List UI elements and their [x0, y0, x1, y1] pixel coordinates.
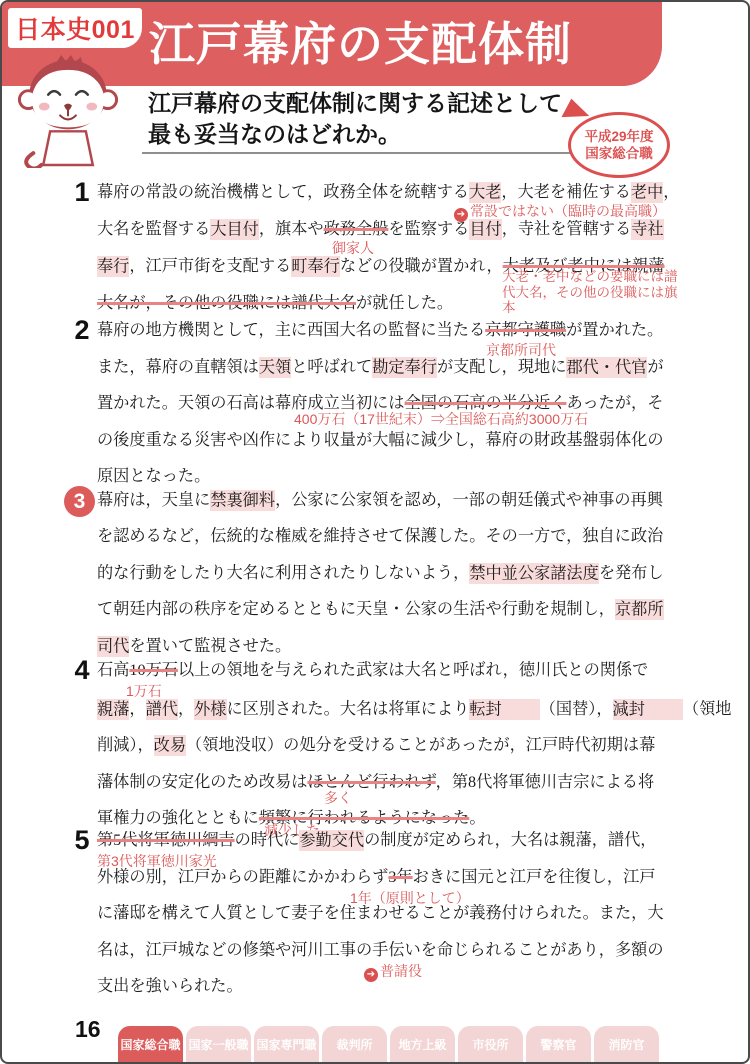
- item2-line1: 幕府の地方機関として，主に西国大名の監督に当たる京都守護職が置かれた。: [97, 320, 663, 341]
- highlighted-term: 町奉行: [291, 256, 340, 277]
- body-text: の制度が定められ，大名は親藩，譜代，: [364, 831, 656, 849]
- body-text: 的な行動をしたり大名に利用されたりしないよう，: [97, 564, 469, 582]
- highlighted-term: 大目付: [210, 219, 259, 240]
- struck-text: 第5代将軍徳川綱吉: [97, 831, 235, 849]
- struck-text: 10万石: [129, 661, 178, 679]
- correction-annotation: ➔常設ではない（臨時の最高職）: [454, 203, 666, 222]
- correction-annotation: 御家人: [332, 240, 374, 256]
- textbook-page: 日本史001 江戸幕府の支配体制 江戸幕府の支配体制に関する記述として 最も妥当…: [0, 0, 750, 1064]
- body-text: ，旗本や: [259, 220, 324, 238]
- exam-category-tabs: 国家総合職国家一般職国家専門職裁判所地方上級市役所警察官消防官: [118, 1026, 659, 1062]
- body-text: ，大老を補佐する: [501, 183, 631, 201]
- body-text: が: [647, 358, 663, 376]
- footer-tab-3[interactable]: 国家専門職: [254, 1026, 319, 1062]
- arrow-circle-icon: ➔: [454, 208, 468, 222]
- body-text: 幕府は，天皇に: [97, 491, 210, 509]
- struck-text: ほとんど行われず: [307, 773, 435, 791]
- body-text: （領地: [683, 700, 732, 718]
- struck-text: 京都守護職: [485, 321, 566, 339]
- highlighted-term: 司代: [97, 636, 129, 657]
- item2-line2: また，幕府の直轄領は天領と呼ばれて勘定奉行が支配し，現地に郡代・代官が: [97, 357, 664, 378]
- body-text: 幕府の地方機関として，主に西国大名の監督に当たる: [97, 321, 485, 339]
- highlighted-term: 老中: [631, 182, 663, 203]
- item2-line5: 原因となった。: [97, 466, 210, 487]
- item4-line2: 親藩，譜代，外様に区別された。大名は将軍により転封てんぽう（国替），減封げんぽう…: [97, 699, 732, 720]
- item-number-3-correct-answer: 3: [64, 486, 95, 517]
- question-underline: [142, 152, 590, 154]
- correction-annotation: 大老・老中などの要職には譜代大名，その他の役職には旗本: [502, 269, 680, 316]
- struck-text: 政務全般: [324, 220, 389, 238]
- question-text: 江戸幕府の支配体制に関する記述として 最も妥当なのはどれか。: [148, 88, 562, 150]
- highlighted-term: 奉行: [97, 256, 129, 277]
- item-number-2: 2: [66, 317, 98, 344]
- body-text: を認めるなど，伝統的な権威を維持させて保護した。その一方で，独自に政治: [97, 527, 663, 545]
- body-text: などの役職が置かれ，: [340, 257, 503, 275]
- item3-line4: て朝廷内部の秩序を定めるとともに天皇・公家の生活や行動を規制し，京都所: [97, 599, 664, 620]
- question-line-1: 江戸幕府の支配体制に関する記述として: [148, 88, 562, 119]
- item1-line4: 大名が，その他の役職には譜代大名が就任した。: [97, 293, 453, 314]
- item3-line1: 幕府は，天皇に禁裏御料，公家に公家領を認め，一部の朝廷儀式や神事の再興: [97, 490, 663, 511]
- highlighted-term: 親藩: [97, 699, 129, 720]
- body-text: を発布し: [599, 564, 664, 582]
- body-text: に区別された。大名は将軍により: [227, 700, 470, 718]
- item5-line1: 第5代将軍徳川綱吉の時代に参勤交代の制度が定められ，大名は親藩，譜代，: [97, 830, 656, 851]
- body-text: ，寺社を管轄する: [502, 220, 632, 238]
- page-number: 16: [75, 1016, 101, 1043]
- struck-text: 大名が，その他の役職には譜代大名: [97, 294, 356, 312]
- body-text: 以上の領地を与えられた武家は大名と呼ばれ，徳川氏との関係で: [178, 661, 648, 679]
- body-text: （国替），: [540, 700, 613, 718]
- highlighted-term: 勘定奉行: [372, 357, 437, 378]
- item4-line1: 石高10万石以上の領地を与えられた武家は大名と呼ばれ，徳川氏との関係で: [97, 660, 648, 681]
- highlighted-term: 外様: [194, 699, 226, 720]
- correction-annotation: ➔普請役: [364, 963, 422, 982]
- highlighted-term: 転封てんぽう: [469, 699, 539, 720]
- footer-tab-8[interactable]: 消防官: [594, 1026, 659, 1062]
- body-text: おきに国元と江戸を往復し，江戸: [413, 868, 656, 886]
- lesson-number-badge: 日本史001: [8, 8, 142, 48]
- highlighted-term: 譜代: [146, 699, 178, 720]
- item-number-4: 4: [66, 657, 98, 684]
- highlighted-term: 禁中並公家諸法度: [469, 563, 599, 584]
- body-text: の時代に: [235, 831, 300, 849]
- body-text: ，江戸市街を支配する: [129, 257, 291, 275]
- body-text: 名は，江戸城などの修築や河川工事の手伝いを命じられることがあり，多額の: [97, 941, 664, 959]
- footer-tab-7[interactable]: 警察官: [526, 1026, 591, 1062]
- item-number-1: 1: [66, 179, 98, 206]
- body-text: 削減），: [97, 736, 154, 754]
- body-text: を監察する: [388, 220, 469, 238]
- body-text: に藩邸を構えて人質として妻子を住まわせることが義務付けられた。また，大: [97, 904, 664, 922]
- struck-text: 全国の石高の半分近く: [405, 394, 567, 412]
- footer-tab-6[interactable]: 市役所: [458, 1026, 523, 1062]
- body-text: ，公家に公家領を認め，一部の朝廷儀式や神事の再興: [275, 491, 663, 509]
- item1-line1: 幕府の常設の統治機構として，政務全体を統轄する大老，大老を補佐する老中，: [97, 182, 679, 203]
- body-text: を置いて監視させた。: [129, 637, 291, 655]
- footer-tab-2[interactable]: 国家一般職: [186, 1026, 251, 1062]
- body-text: の後度重なる災害や凶作により収量が大幅に減少し，幕府の財政基盤弱体化の: [97, 431, 664, 449]
- body-text: ，第8代将軍徳川吉宗による将: [436, 773, 655, 791]
- highlighted-term: 禁裏御料: [210, 490, 275, 511]
- footer-tab-4[interactable]: 裁判所: [322, 1026, 387, 1062]
- body-text: 支出を強いられた。: [97, 977, 243, 995]
- exam-category: 国家総合職: [585, 145, 653, 162]
- correction-annotation: 第3代将軍徳川家光: [97, 853, 217, 869]
- item1-line2: 大名を監督する大目付，旗本や政務全般を監察する目付，寺社を管轄する寺社: [97, 219, 664, 240]
- body-text: 。: [469, 809, 485, 827]
- highlighted-term: 京都所: [615, 599, 664, 620]
- item5-line5: 支出を強いられた。: [97, 976, 243, 997]
- footer-tab-5[interactable]: 地方上級: [390, 1026, 455, 1062]
- correction-annotation: 1年（原則として）: [350, 890, 470, 906]
- body-text: ，: [663, 183, 679, 201]
- item3-line2: を認めるなど，伝統的な権威を維持させて保護した。その一方で，独自に政治: [97, 526, 663, 547]
- item3-line5: 司代を置いて監視させた。: [97, 636, 291, 657]
- correction-annotation: 京都所司代: [486, 342, 556, 358]
- body-text: ，: [178, 700, 194, 718]
- highlighted-term: 郡代・代官: [566, 357, 647, 378]
- arrow-circle-icon: ➔: [364, 968, 378, 982]
- body-text: 大名を監督する: [97, 220, 210, 238]
- item5-line2: 外様の別，江戸からの距離にかかわらず3年おきに国元と江戸を往復し，江戸: [97, 867, 655, 888]
- body-text: また，幕府の直轄領は: [97, 358, 259, 376]
- highlighted-term: 天領: [259, 357, 291, 378]
- highlighted-term: 大老: [469, 182, 501, 203]
- correction-annotation: 1万石: [126, 683, 162, 699]
- body-text: が支配し，現地に: [437, 358, 567, 376]
- item-number-5: 5: [66, 827, 98, 854]
- body-text: 幕府の常設の統治機構として，政務全体を統轄する: [97, 183, 469, 201]
- highlighted-term: 参勤交代: [299, 830, 364, 851]
- body-text: が就任した。: [356, 294, 453, 312]
- struck-text: 3年: [388, 868, 412, 886]
- body-text: あったが，そ: [566, 394, 663, 412]
- body-text: 藩体制の安定化のため改易は: [97, 773, 307, 791]
- body-text: 石高: [97, 661, 129, 679]
- correction-annotation: 400万石（17世紀末）⇒全国総石高約3000万石: [294, 411, 588, 427]
- item4-line3: 削減），改易（領地没収）の処分を受けることがあったが，江戸時代初期は幕: [97, 735, 655, 756]
- body-text: 原因となった。: [97, 467, 210, 485]
- body-text: 外様の別，江戸からの距離にかかわらず: [97, 868, 388, 886]
- body-text: て朝廷内部の秩序を定めるとともに天皇・公家の生活や行動を規制し，: [97, 600, 615, 618]
- page-title: 江戸幕府の支配体制: [149, 21, 572, 67]
- footer-tab-1[interactable]: 国家総合職: [118, 1026, 183, 1062]
- body-text: と呼ばれて: [291, 358, 372, 376]
- body-text: 置かれた。天領の石高は幕府成立当初には: [97, 394, 405, 412]
- item4-line4: 藩体制の安定化のため改易はほとんど行われず，第8代将軍徳川吉宗による将: [97, 772, 654, 793]
- exam-year: 平成29年度: [584, 128, 653, 145]
- item3-line3: 的な行動をしたり大名に利用されたりしないよう，禁中並公家諸法度を発布し: [97, 563, 664, 584]
- monkey-mascot: [18, 54, 118, 168]
- highlighted-term: 改易: [154, 735, 186, 756]
- exam-year-badge: 平成29年度 国家総合職: [568, 112, 670, 178]
- item5-line3: に藩邸を構えて人質として妻子を住まわせることが義務付けられた。また，大: [97, 903, 664, 924]
- item2-line4: の後度重なる災害や凶作により収量が大幅に減少し，幕府の財政基盤弱体化の: [97, 430, 664, 451]
- highlighted-term: 減封げんぽう: [613, 699, 683, 720]
- body-text: 軍権力の強化とともに: [97, 809, 259, 827]
- question-line-2: 最も妥当なのはどれか。: [148, 119, 562, 150]
- body-text: （領地没収）の処分を受けることがあったが，江戸時代初期は幕: [186, 736, 655, 754]
- body-text: が置かれた。: [566, 321, 663, 339]
- item5-line4: 名は，江戸城などの修築や河川工事の手伝いを命じられることがあり，多額の: [97, 940, 664, 961]
- correction-annotation: 多く: [324, 790, 352, 806]
- body-text: ，: [129, 700, 145, 718]
